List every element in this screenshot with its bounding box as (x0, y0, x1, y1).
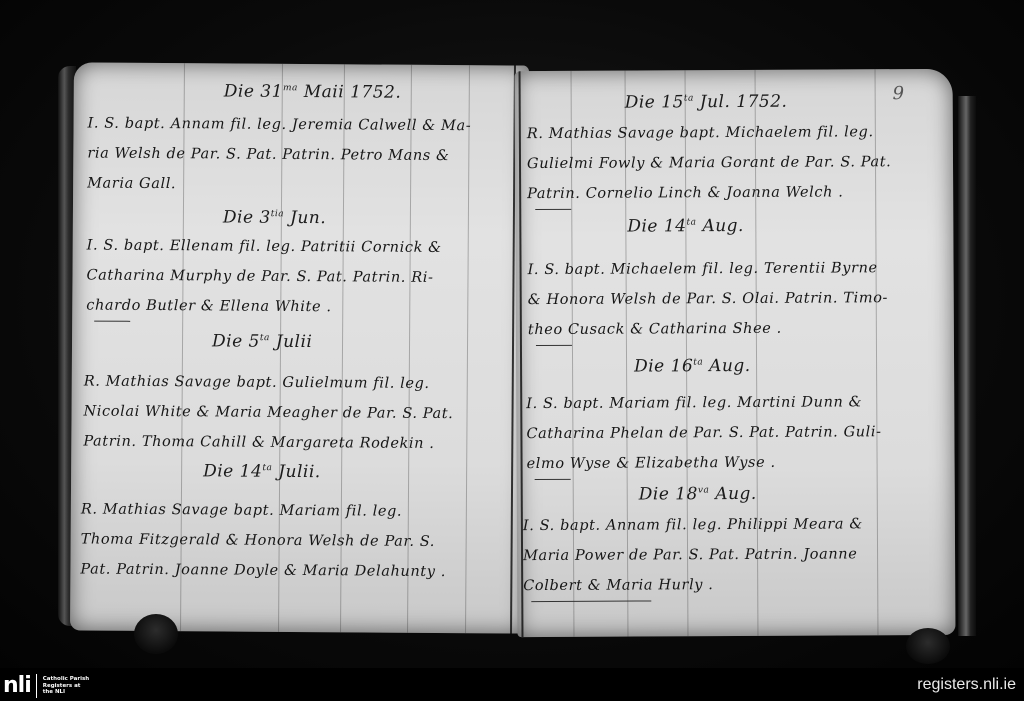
entry-line: I. S. bapt. Ellenam fil. leg. Patritii C… (87, 231, 442, 263)
entry-line: Colbert & Maria Hurly . (523, 569, 863, 602)
scan-viewer: Die 31ma Maii 1752. I. S. bapt. Annam fi… (0, 0, 1024, 668)
entry-line: theo Cusack & Catharina Shee . (528, 313, 888, 346)
line-filler-dash (535, 479, 571, 480)
entry-line: R. Mathias Savage bapt. Mariam fil. leg. (81, 494, 447, 527)
entry-line: Patrin. Thoma Cahill & Margareta Rodekin… (83, 426, 453, 459)
baptism-entry: I. S. bapt. Annam fil. leg. Philippi Mea… (523, 509, 863, 602)
entry-line: Catharina Phelan de Par. S. Pat. Patrin.… (526, 417, 881, 449)
nli-logo: nli Catholic Parish Registers at the NLI (3, 674, 89, 698)
register-page-right: 9 Die 15ta Jul. 1752. R. Mathias Savage … (515, 69, 956, 637)
entry-line: Nicolai White & Maria Meagher de Par. S.… (83, 396, 453, 429)
baptism-entry: I. S. bapt. Michaelem fil. leg. Terentii… (527, 253, 888, 346)
baptism-entry: R. Mathias Savage bapt. Mariam fil. leg.… (80, 494, 446, 587)
entry-line: chardo Butler & Ellena White . (86, 291, 441, 324)
site-url: registers.nli.ie (917, 676, 1016, 694)
entry-line: I. S. bapt. Annam fil. leg. Jeremia Calw… (87, 109, 471, 142)
entry-line: Maria Power de Par. S. Pat. Patrin. Joan… (523, 539, 863, 571)
line-filler-dash (535, 209, 571, 210)
line-filler-dash (531, 600, 651, 602)
page-number-mark: 9 (893, 83, 905, 104)
book-clip (906, 628, 950, 664)
entry-line: & Honora Welsh de Par. S. Olai. Patrin. … (528, 283, 888, 315)
entry-date: Die 14ta Julii. (203, 461, 321, 482)
entry-line: Thoma Fitzgerald & Honora Welsh de Par. … (81, 524, 447, 557)
line-filler-dash (536, 345, 572, 346)
baptism-entry: I. S. bapt. Annam fil. leg. Jeremia Calw… (87, 109, 471, 202)
footer-bar: nli Catholic Parish Registers at the NLI… (0, 668, 1024, 701)
baptism-entry: R. Mathias Savage bapt. Michaelem fil. l… (527, 117, 892, 210)
entry-line: R. Mathias Savage bapt. Gulielmum fil. l… (84, 366, 454, 399)
entry-date: Die 14ta Aug. (627, 216, 744, 237)
register-page-left: Die 31ma Maii 1752. I. S. bapt. Annam fi… (70, 62, 529, 633)
nli-logo-mark: nli (3, 675, 31, 697)
entry-date: Die 3tia Jun. (223, 207, 326, 228)
logo-caption: Catholic Parish Registers at the NLI (43, 676, 89, 696)
book-clip (134, 614, 178, 654)
entry-line: Pat. Patrin. Joanne Doyle & Maria Delahu… (80, 554, 446, 587)
baptism-entry: I. S. bapt. Mariam fil. leg. Martini Dun… (526, 387, 882, 480)
entry-date: Die 15ta Jul. 1752. (625, 92, 788, 113)
entry-line: R. Mathias Savage bapt. Michaelem fil. l… (527, 117, 892, 149)
entry-date: Die 31ma Maii 1752. (224, 81, 402, 102)
entry-date: Die 5ta Julii (212, 331, 312, 352)
entry-line: elmo Wyse & Elizabetha Wyse . (527, 447, 882, 480)
entry-line: I. S. bapt. Annam fil. leg. Philippi Mea… (523, 509, 863, 541)
entry-line: Patrin. Cornelio Linch & Joanna Welch . (527, 177, 892, 210)
entry-line: Gulielmi Fowly & Maria Gorant de Par. S.… (527, 147, 892, 179)
line-filler-dash (94, 321, 130, 322)
entry-date: Die 18va Aug. (639, 484, 757, 505)
entry-line: Catharina Murphy de Par. S. Pat. Patrin.… (86, 261, 441, 293)
entry-line: Maria Gall. (87, 169, 471, 202)
baptism-entry: R. Mathias Savage bapt. Gulielmum fil. l… (83, 366, 453, 459)
entry-date: Die 16ta Aug. (634, 356, 751, 377)
baptism-entry: I. S. bapt. Ellenam fil. leg. Patritii C… (86, 231, 442, 324)
entry-line: I. S. bapt. Mariam fil. leg. Martini Dun… (526, 387, 881, 419)
entry-line: ria Welsh de Par. S. Pat. Patrin. Petro … (87, 139, 471, 172)
logo-divider (36, 674, 37, 698)
entry-line: I. S. bapt. Michaelem fil. leg. Terentii… (527, 253, 887, 285)
book-cover-right-edge (958, 96, 976, 636)
